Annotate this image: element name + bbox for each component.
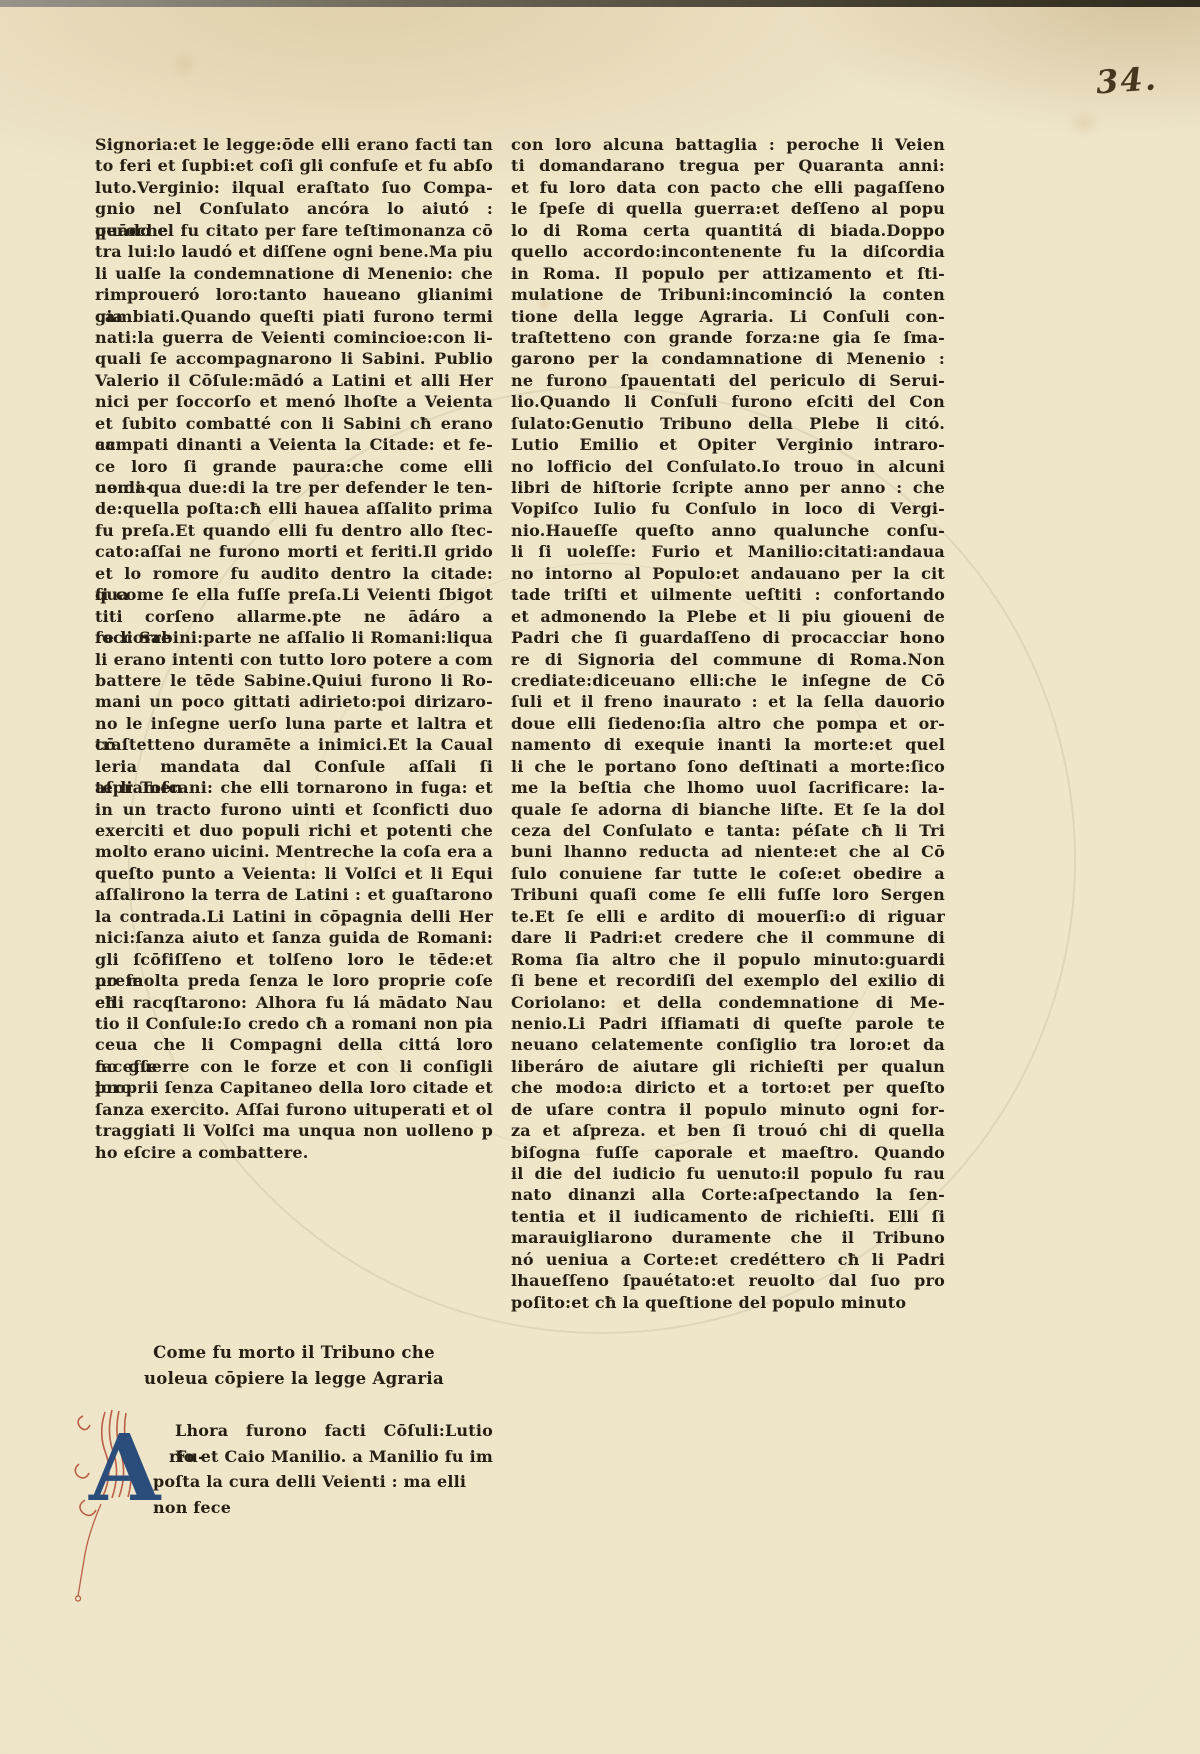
text-line: Roma ſia altro che il populo minuto:guar… xyxy=(511,949,945,970)
text-line: lio.Quando li Conſuli furono eſciti del … xyxy=(511,391,945,412)
text-line: nato dinanzi alla Corte:aſpectando la ſe… xyxy=(511,1184,945,1205)
text-line: re li Sabini:parte ne aſſalio li Romani:… xyxy=(95,627,493,648)
text-line: la contrada.Li Latini in cōpagnia delli … xyxy=(95,906,493,927)
text-line: luto.Verginio: ilqual eraſtato ſuo Compa… xyxy=(95,177,493,198)
text-line: con loro alcuna battaglia : peroche li V… xyxy=(511,134,945,155)
left-column: Signoria:et le legge:ōde elli erano fact… xyxy=(95,134,493,1163)
text-line: liberáro de aiutare gli richieſti per qu… xyxy=(511,1056,945,1077)
text-line: traggiati li Volſci ma unqua non uolleno… xyxy=(95,1120,493,1141)
text-line: libri de hiſtorie ſcripte anno per anno … xyxy=(511,477,945,498)
drop-cap-letter: A xyxy=(88,1414,162,1522)
text-line: ne furono ſpauentati del periculo di Ser… xyxy=(511,370,945,391)
text-line: to feri et ſupbi:et coſi gli confuſe et … xyxy=(95,155,493,176)
text-line: crediate:diceuano elli:che le inſegne de… xyxy=(511,670,945,691)
text-line: traſtetteno con grande forza:ne gia ſe ſ… xyxy=(511,327,945,348)
text-line: no lofficio del Conſulato.Io trouo in al… xyxy=(511,456,945,477)
text-line: li ſi uoleſſe: Furio et Manilio:citati:a… xyxy=(511,541,945,562)
text-line: ſi bene et recordiſi del exemplo del exi… xyxy=(511,970,945,991)
text-line: le ſpeſe di quella guerra:et deſſeno al … xyxy=(511,198,945,219)
text-line: ſulo conuiene far tutte le coſe:et obedi… xyxy=(511,863,945,884)
text-line: li erano intenti con tutto loro potere a… xyxy=(95,649,493,670)
text-line: poſito:et cħ la queſtione del populo min… xyxy=(511,1292,945,1313)
text-line: cato:aſſai ne furono morti et feriti.Il … xyxy=(95,541,493,562)
text-line: ſuli et il freno inaurato : et la ſella … xyxy=(511,691,945,712)
text-line: garono per la condamnatione di Menenio : xyxy=(511,348,945,369)
text-line: me la beſtia che lhomo uuol ſacrificare:… xyxy=(511,777,945,798)
text-line: li ualſe la condemnatione di Menenio: ch… xyxy=(95,263,493,284)
text-line: no le inſegne uerſo luna parte et laltra… xyxy=(95,713,493,734)
text-line: Vopiſco Iulio fu Conſulo in loco di Verg… xyxy=(511,498,945,519)
text-line: tentia et il iudicamento de richieſti. E… xyxy=(511,1206,945,1227)
text-line: tio il Conſule:Io credo cħ a romani non … xyxy=(95,1013,493,1034)
scan-top-edge xyxy=(0,0,1200,7)
text-line: tade triſti et uilmente ueſtiti : confor… xyxy=(511,584,945,605)
text-line: Lutio Emilio et Opiter Verginio intraro- xyxy=(511,434,945,455)
right-column: con loro alcuna battaglia : peroche li V… xyxy=(511,134,945,1313)
text-line: quello accordo:incontenente fu la diſcor… xyxy=(511,241,945,262)
text-line: in un tracto furono uinti et ſconficti d… xyxy=(95,799,493,820)
text-line: Come fu morto il Tribuno che xyxy=(95,1340,493,1366)
text-line: nenio.Li Padri iſfiamati di queſte parol… xyxy=(511,1013,945,1034)
text-line: battere le tēde Sabine.Quiui furono li R… xyxy=(95,670,493,691)
text-line: nati:la guerra de Veienti comincioe:con … xyxy=(95,327,493,348)
text-line: neuano celatemente conſiglio tra loro:et… xyxy=(511,1034,945,1055)
text-line: no intorno al Populo:et andauano per la … xyxy=(511,563,945,584)
text-line: mulatione de Tribuni:incominció la conte… xyxy=(511,284,945,305)
text-line: in Roma. Il populo per attizamento et ſt… xyxy=(511,263,945,284)
chapter-heading: Come fu morto il Tribuno cheuoleua cōpie… xyxy=(95,1340,493,1392)
incunabulum-page: 34. Signoria:et le legge:ōde elli erano … xyxy=(0,0,1200,1754)
text-line: exerciti et duo populi richi et potenti … xyxy=(95,820,493,841)
text-line: te li Toſcani: che elli tornarono in fug… xyxy=(95,777,493,798)
text-line: no guerre con le forze et con li conſigl… xyxy=(95,1056,493,1077)
text-line: ti domandarano tregua per Quaranta anni: xyxy=(511,155,945,176)
text-line: titi corſeno allarme.pte ne ādáro a ſocc… xyxy=(95,606,493,627)
text-line: gli ſcōfiſſeno et tolſeno loro le tēde:e… xyxy=(95,949,493,970)
text-line: ſulato:Genutio Tribuno della Plebe li ci… xyxy=(511,413,945,434)
text-line: et admonendo la Plebe et li piu gioueni … xyxy=(511,606,945,627)
text-line: ce loro ſi grande paura:che come elli ue… xyxy=(95,456,493,477)
text-line: biſogna fuſſe caporale et maeſtro. Quand… xyxy=(511,1142,945,1163)
text-line: ceza del Conſulato e tanta: péſate cħ li… xyxy=(511,820,945,841)
text-line: doue elli ſiedeno:ſia altro che pompa et… xyxy=(511,713,945,734)
text-line: queſto punto a Veienta: li Volſci et li … xyxy=(95,863,493,884)
text-line: Tribuni quaſi come ſe elli fuſſe loro Se… xyxy=(511,884,945,905)
text-line: buni lhanno reducta ad niente:et che al … xyxy=(511,841,945,862)
text-line: ceua che li Compagni della cittá loro fa… xyxy=(95,1034,493,1055)
text-line: Signoria:et le legge:ōde elli erano fact… xyxy=(95,134,493,155)
text-line: za et aſpreza. et ben ſi trouó chi di qu… xyxy=(511,1120,945,1141)
text-line: traſtetteno duramēte a inimici.Et la Cau… xyxy=(95,734,493,755)
text-line: leria mandata dal Conſule aſſali ſi aſpr… xyxy=(95,756,493,777)
text-line: nici per ſoccorſo et menó lhoſte a Veien… xyxy=(95,391,493,412)
text-line: de:quella poſta:cħ elli hauea aſſalito p… xyxy=(95,498,493,519)
folio-number: 34. xyxy=(1095,57,1197,102)
foxing-spots xyxy=(0,0,8,8)
text-line: il die del iudicio fu uenuto:il populo f… xyxy=(511,1163,945,1184)
text-line: namento di exequie inanti la morte:et qu… xyxy=(511,734,945,755)
text-line: marauigliarono duramente che il Tribuno xyxy=(511,1227,945,1248)
text-line: lhaueſſeno ſpauétato:et reuolto dal ſuo … xyxy=(511,1270,945,1291)
text-line: dare li Padri:et credere che il commune … xyxy=(511,927,945,948)
text-line: gnio nel Conſulato ancóra lo aiutó : per… xyxy=(95,198,493,219)
text-line: Valerio il Cōſule:mādó a Latini et alli … xyxy=(95,370,493,391)
text-line: quale ſe adorna di bianche liſte. Et ſe … xyxy=(511,799,945,820)
text-line: tione della legge Agraria. Li Conſuli co… xyxy=(511,306,945,327)
text-line: proprii ſenza Capitaneo della loro citad… xyxy=(95,1077,493,1098)
text-line: nici:ſanza aiuto et ſanza guida de Roman… xyxy=(95,927,493,948)
text-line: et fu loro data con pacto che elli pagaſ… xyxy=(511,177,945,198)
text-line: lo di Roma certa quantitá di biada.Doppo xyxy=(511,220,945,241)
text-line: te.Et ſe elli e ardito di mouerſi:o di r… xyxy=(511,906,945,927)
text-line: tra lui:lo laudó et diſſene ogni bene.Ma… xyxy=(95,241,493,262)
text-line: elli racqſtarono: Alhora fu lá mādato Na… xyxy=(95,992,493,1013)
text-line: quādo el fu citato per fare teſtimonanza… xyxy=(95,220,493,241)
illuminated-initial: A xyxy=(71,1404,171,1604)
text-line: ho eſcire a combattere. xyxy=(95,1142,493,1163)
text-line: rimproueró loro:tanto haueano glianimi g… xyxy=(95,284,493,305)
text-line: molto erano uicini. Mentreche la coſa er… xyxy=(95,841,493,862)
text-line: mani un poco gittati adirieto:poi diriza… xyxy=(95,691,493,712)
text-line: re di Signoria del commune di Roma.Non xyxy=(511,649,945,670)
text-line: no:di qua due:di la tre per defender le … xyxy=(95,477,493,498)
text-line: aſſalirono la terra de Latini : et guaſt… xyxy=(95,884,493,905)
text-line: li che le portano ſono deſtinati a morte… xyxy=(511,756,945,777)
text-line: che modo:a diricto et a torto:et per que… xyxy=(511,1077,945,1098)
chapter-opening-paragraph: A Lhora furono facti Cōſuli:Lutio Fu-rio… xyxy=(95,1418,493,1495)
text-line: uoleua cōpiere la legge Agraria xyxy=(95,1366,493,1392)
text-line: nó ueniua a Corte:et credéttero cħ li Pa… xyxy=(511,1249,945,1270)
text-line: campati dinanti a Veienta la Citade: et … xyxy=(95,434,493,455)
text-line: no molta preda ſenza le loro proprie coſ… xyxy=(95,970,493,991)
text-line: et lo romore fu audito dentro la citade:… xyxy=(95,563,493,584)
text-line: de uſare contra il populo minuto ogni fo… xyxy=(511,1099,945,1120)
text-line: nio.Haueſſe queſto anno qualunche conſu- xyxy=(511,520,945,541)
text-line: ſi come ſe ella fuſſe preſa.Li Veienti ſ… xyxy=(95,584,493,605)
text-line: Coriolano: et della condemnatione di Me- xyxy=(511,992,945,1013)
text-line: cambiati.Quando queſti piati furono term… xyxy=(95,306,493,327)
text-line: quali ſe accompagnarono li Sabini. Publi… xyxy=(95,348,493,369)
text-line: Padri che ſi guardaſſeno di procacciar h… xyxy=(511,627,945,648)
text-line: fu preſa.Et quando elli fu dentro allo ſ… xyxy=(95,520,493,541)
text-line: et ſubito combatté con li Sabini cħ eran… xyxy=(95,413,493,434)
text-line: ſanza exercito. Aſſai furono uituperati … xyxy=(95,1099,493,1120)
